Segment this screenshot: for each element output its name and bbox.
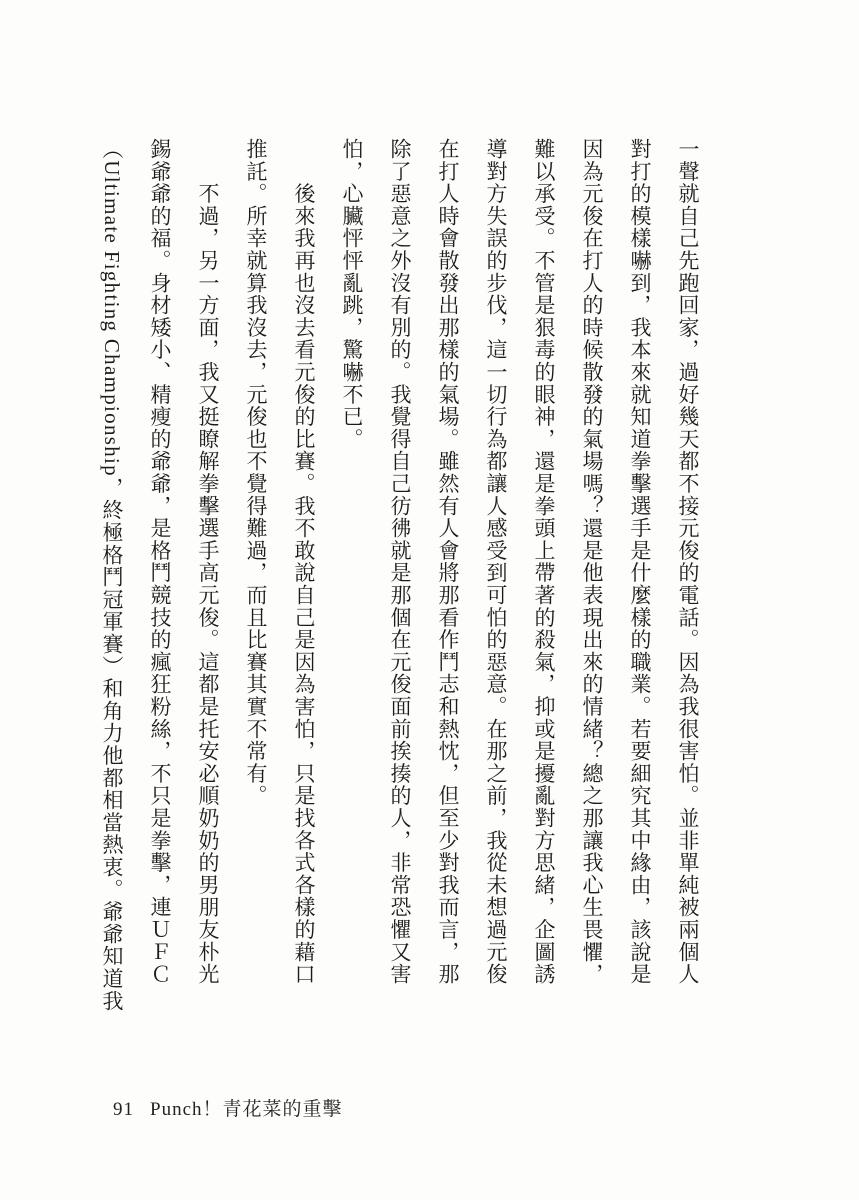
text-column: 導對方失誤的步伐，這一切行為都讓人感受到可怕的惡意。在那之前，我從未想過元俊 — [472, 138, 520, 1130]
book-title: Punch！青花菜的重擊 — [150, 1099, 343, 1120]
page-footer: 91Punch！青花菜的重擊 — [113, 1094, 343, 1121]
text-column: 因為元俊在打人的時候散發的氣場嗎？還是他表現出來的情緒？總之那讓我心生畏懼， — [568, 138, 616, 1130]
vertical-text-block: 一聲就自己先跑回家，過好幾天都不接元俊的電話。因為我很害怕。並非單純被兩個人 對… — [88, 138, 712, 1130]
page-number: 91 — [113, 1099, 134, 1121]
text-column: 難以承受。不管是狠毒的眼神，還是拳頭上帶著的殺氣，抑或是擾亂對方思緒，企圖誘 — [520, 138, 568, 1130]
text-column: 推託。所幸就算我沒去，元俊也不覺得難過，而且比賽其實不常有。 — [232, 138, 280, 1130]
text-column: 一聲就自己先跑回家，過好幾天都不接元俊的電話。因為我很害怕。並非單純被兩個人 — [664, 138, 712, 1130]
text-column: 對打的模樣嚇到，我本來就知道拳擊選手是什麼樣的職業。若要細究其中緣由，該說是 — [616, 138, 664, 1130]
text-column: 錫爺爺的福。身材矮小、精瘦的爺爺，是格鬥競技的瘋狂粉絲，不只是拳擊，連ＵＦＣ — [136, 138, 184, 1130]
text-column: 不過，另一方面，我又挺瞭解拳擊選手高元俊。這都是托安必順奶奶的男朋友朴光 — [184, 138, 232, 1130]
text-column: 除了惡意之外沒有別的。我覺得自己彷彿就是那個在元俊面前挨揍的人，非常恐懼又害 — [376, 138, 424, 1130]
text-column: 在打人時會散發出那樣的氣場。雖然有人會將那看作鬥志和熱忱，但至少對我而言，那 — [424, 138, 472, 1130]
text-column: （Ultimate Fighting Championship，終極格鬥冠軍賽）… — [88, 138, 136, 1130]
text-column: 怕，心臟怦怦亂跳，驚嚇不已。 — [328, 138, 376, 1130]
book-page: 一聲就自己先跑回家，過好幾天都不接元俊的電話。因為我很害怕。並非單純被兩個人 對… — [0, 0, 859, 1200]
text-column: 後來我再也沒去看元俊的比賽。我不敢說自己是因為害怕，只是找各式各樣的藉口 — [280, 138, 328, 1130]
